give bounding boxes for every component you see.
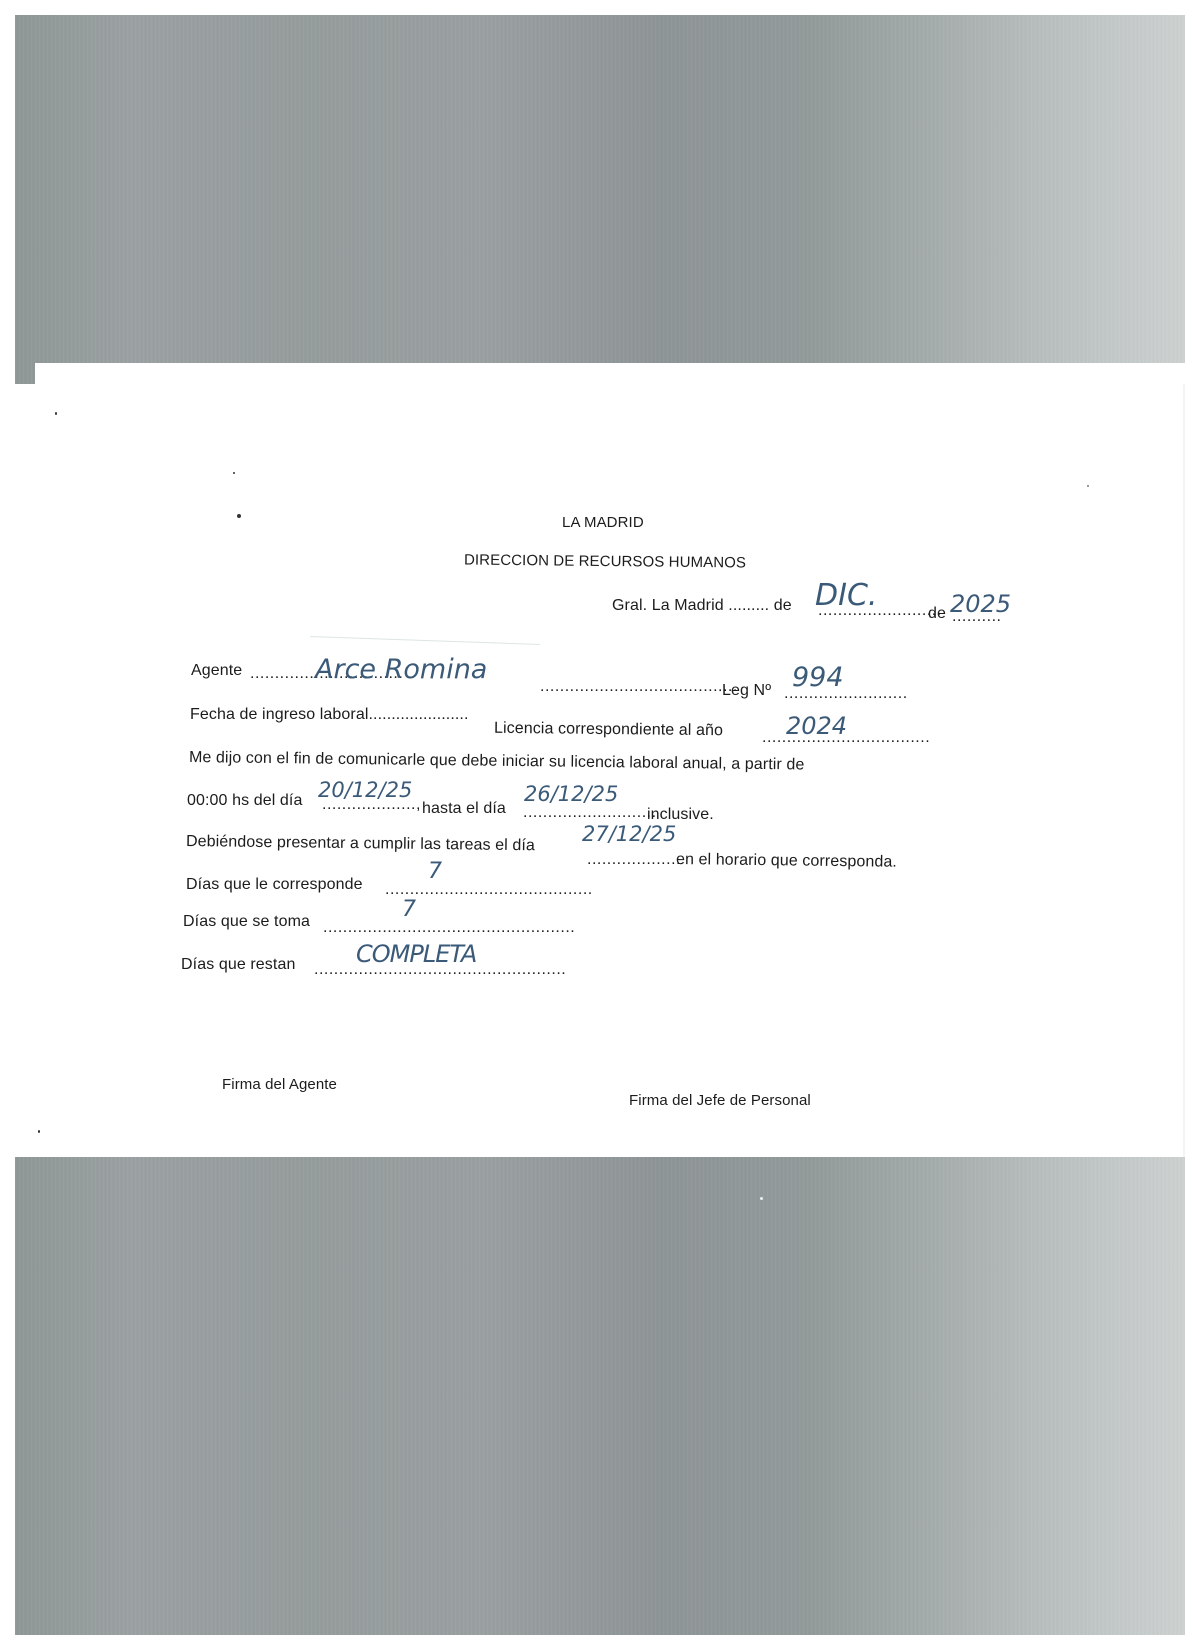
ingreso-label: Fecha de ingreso laboral................… [190, 706, 469, 724]
return-date-suffix: en el horario que corresponda. [676, 851, 897, 872]
scan-speck [760, 1197, 763, 1200]
leg-label: Leg Nº [722, 682, 771, 700]
year-handwritten: 2025 [950, 590, 1011, 618]
header-municipality: LA MADRID [562, 514, 644, 531]
days-restan-handwritten: COMPLETA [356, 940, 476, 968]
days-toma-handwritten: 7 [402, 897, 416, 922]
agent-label: Agente [191, 662, 242, 680]
days-toma-dots: ........................................… [323, 919, 575, 937]
signature-chief-label: Firma del Jefe de Personal [629, 1092, 811, 1109]
header-department: DIRECCION DE RECURSOS HUMANOS [464, 552, 746, 572]
scan-speck [237, 514, 241, 518]
place-date-middle: de [928, 605, 946, 623]
days-restan-label: Días que restan [181, 956, 295, 974]
scan-speck [38, 1130, 40, 1133]
month-handwritten: DIC. [815, 578, 877, 613]
days-corresponde-dots: ........................................… [385, 881, 593, 899]
agent-dots-after: ........................................ [540, 678, 738, 696]
days-toma-label: Días que se toma [183, 913, 310, 931]
place-date-prefix: Gral. La Madrid ......... de [612, 597, 792, 615]
agent-name-handwritten: Arce Romina [315, 654, 487, 685]
end-date-handwritten: 26/12/25 [524, 782, 618, 806]
end-date-prefix: hasta el día [422, 800, 506, 818]
start-date-handwritten: 20/12/25 [318, 778, 412, 802]
scan-speck [1087, 485, 1089, 487]
return-date-handwritten: 27/12/25 [582, 822, 676, 846]
signature-agent-label: Firma del Agente [222, 1076, 337, 1093]
days-corresponde-handwritten: 7 [428, 859, 442, 884]
leg-number-handwritten: 994 [792, 662, 844, 693]
days-corresponde-label: Días que le corresponde [186, 876, 363, 894]
scan-speck [233, 472, 235, 474]
sheet-edge [1183, 384, 1185, 1157]
licencia-year-handwritten: 2024 [786, 712, 847, 740]
licencia-year-label: Licencia correspondiente al año [494, 720, 723, 740]
start-date-prefix: 00:00 hs del día [187, 792, 302, 810]
end-date-dots: ........................... [523, 804, 657, 822]
return-date-dots: ................... [587, 851, 681, 869]
scan-speck [55, 412, 57, 415]
